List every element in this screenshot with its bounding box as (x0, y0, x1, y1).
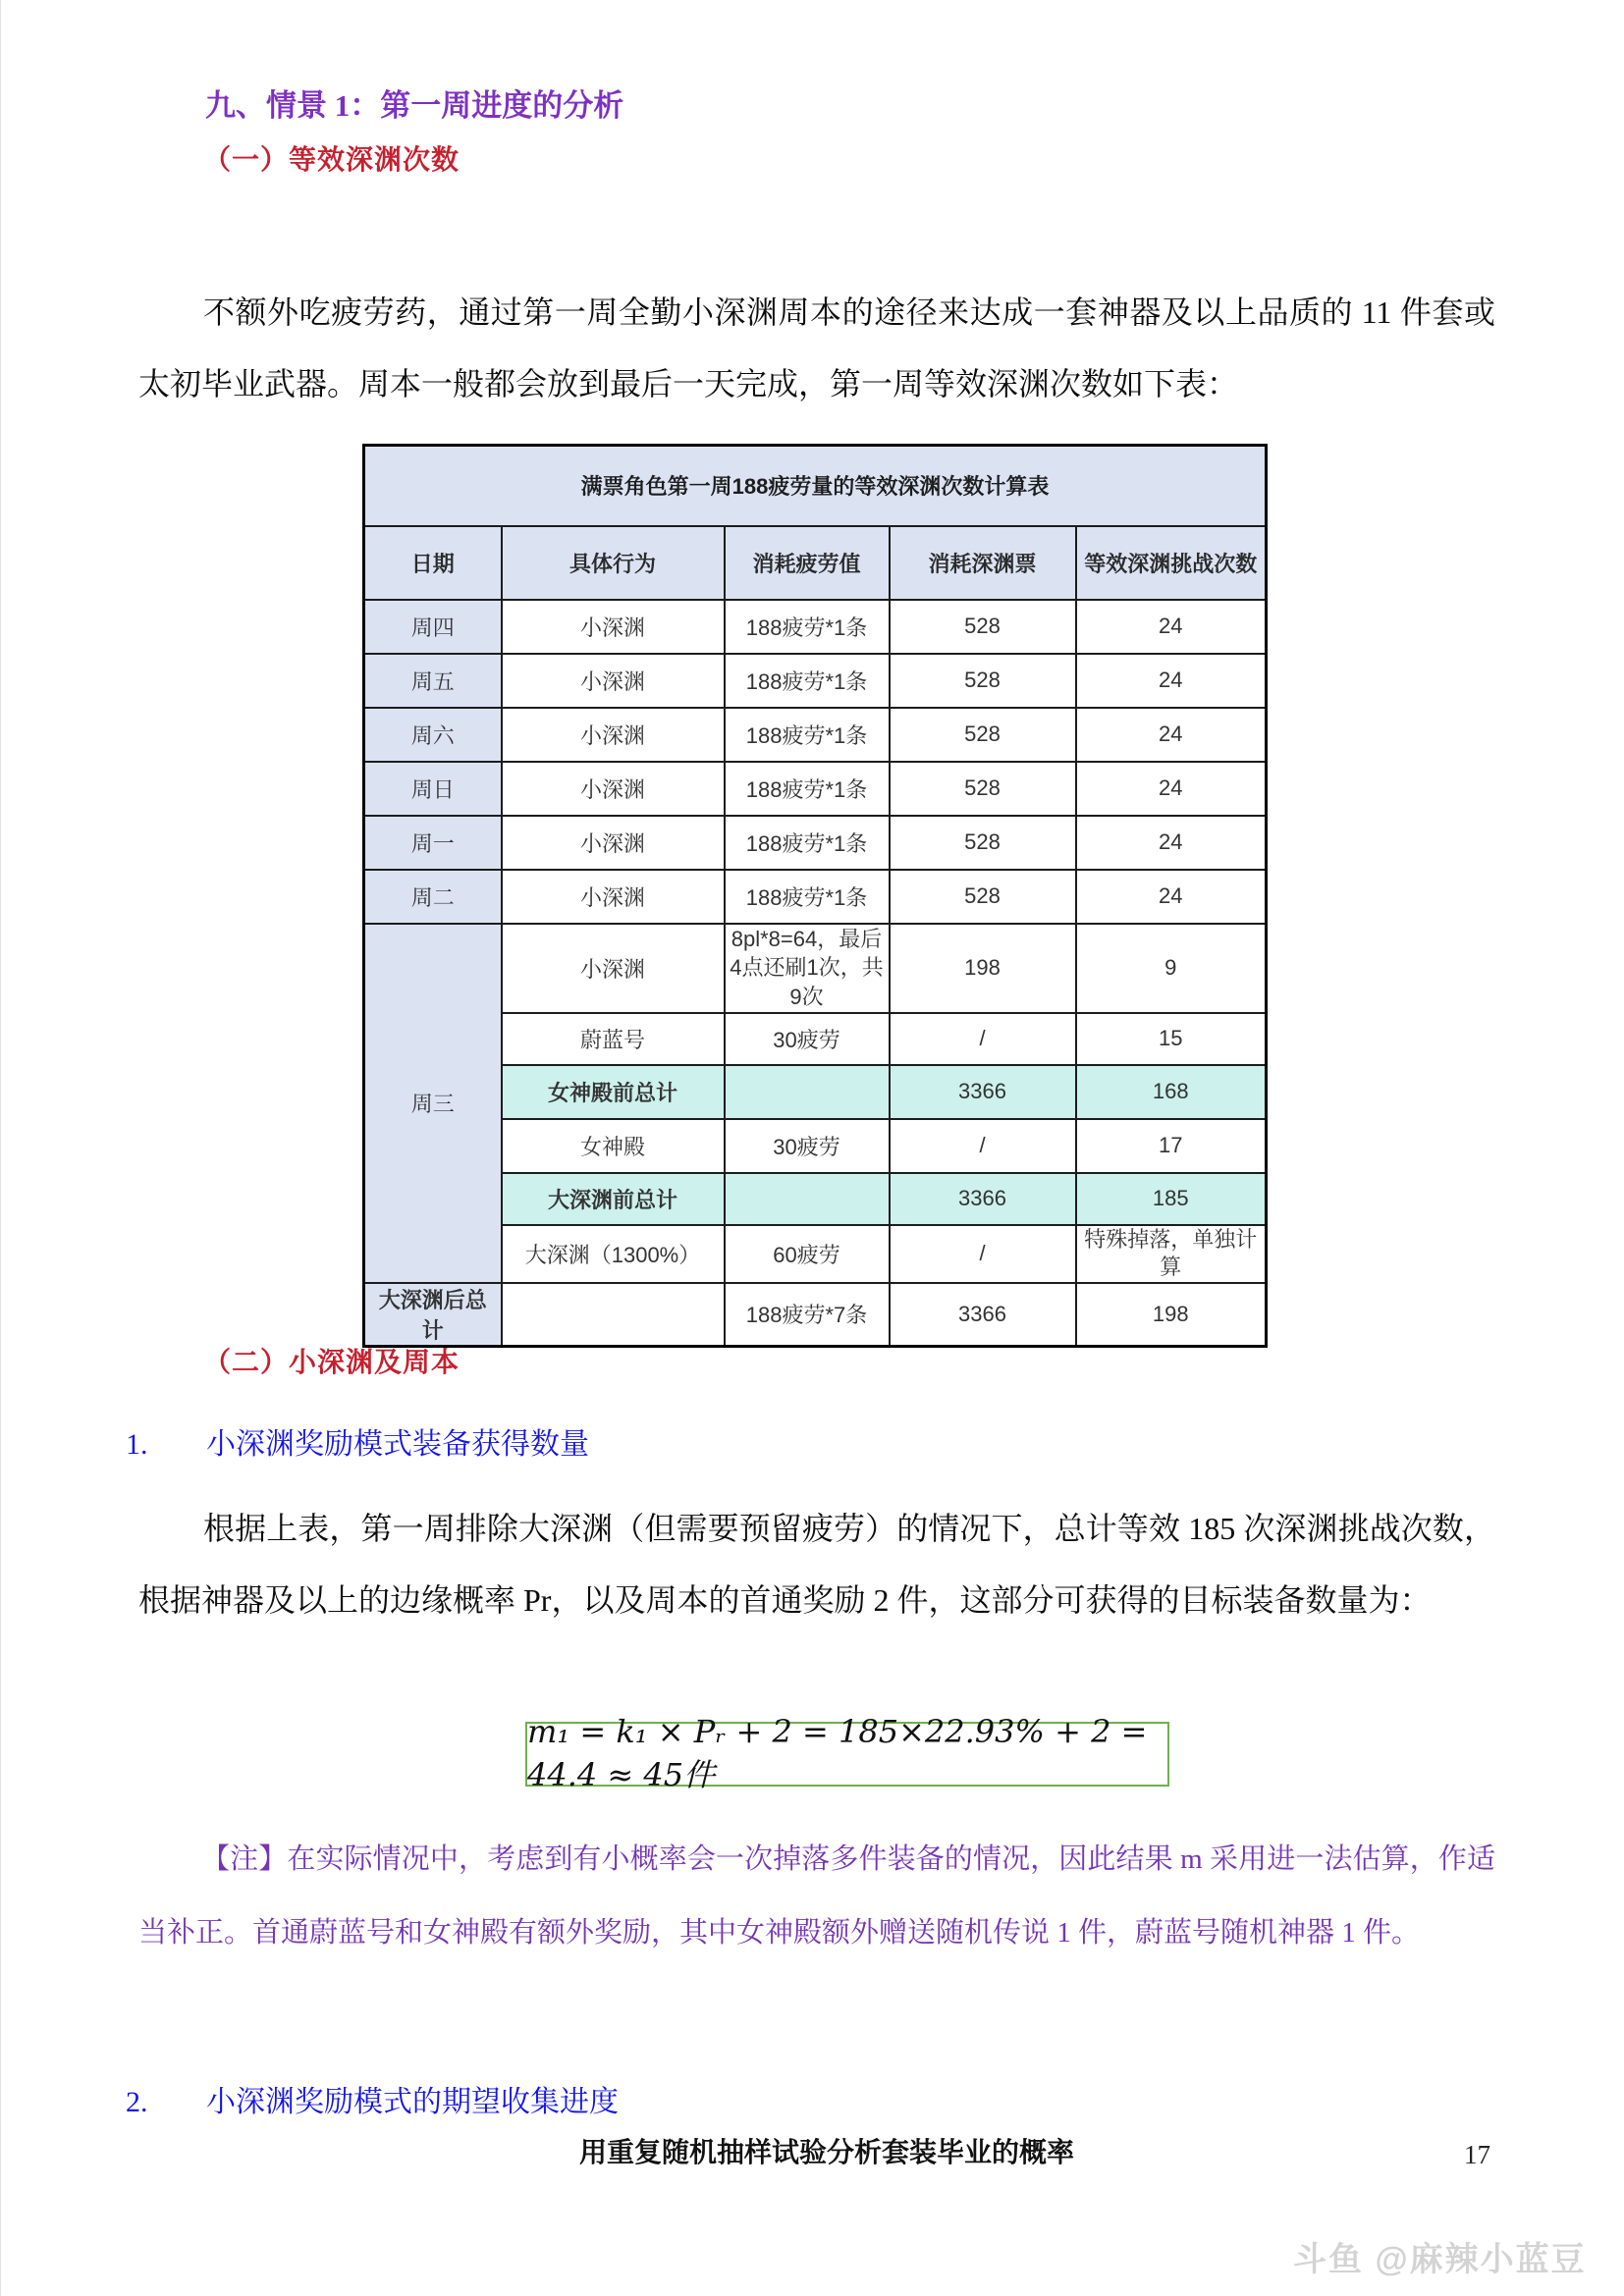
cell-runs: 198 (1076, 1283, 1267, 1347)
subsection-heading-1: （一）等效深渊次数 (203, 138, 460, 178)
table-row: 周二 小深渊 188疲劳*1条 528 24 (364, 870, 1267, 924)
cell-tickets: 3366 (890, 1065, 1076, 1119)
table-row: 周六 小深渊 188疲劳*1条 528 24 (364, 708, 1267, 762)
formula-box: m₁ = k₁ × Pᵣ + 2 = 185×22.93% + 2 = 44.4… (525, 1722, 1169, 1787)
section-heading: 九、情景 1：第一周进度的分析 (205, 80, 623, 125)
cell-fatigue: 30疲劳 (725, 1013, 890, 1065)
cell-runs: 17 (1076, 1119, 1267, 1173)
watermark: 斗鱼 @麻辣小蓝豆 (1293, 2232, 1587, 2280)
cell-tickets: 528 (890, 762, 1076, 816)
cell-action: 小深渊 (502, 654, 725, 708)
col-header-tickets: 消耗深渊票 (890, 526, 1076, 600)
cell-fatigue: 188疲劳*7条 (725, 1283, 890, 1347)
intro-paragraph: 不额外吃疲劳药，通过第一周全勤小深渊周本的途径来达成一套神器及以上品质的 11 … (138, 277, 1495, 420)
cell-action: 大深渊前总计 (502, 1173, 725, 1225)
cell-fatigue: 60疲劳 (725, 1225, 890, 1283)
cell-tickets: / (890, 1225, 1076, 1283)
cell-tickets: 528 (890, 870, 1076, 924)
cell-runs: 9 (1076, 924, 1267, 1013)
cell-fatigue: 188疲劳*1条 (725, 600, 890, 654)
cell-fatigue: 188疲劳*1条 (725, 870, 890, 924)
equivalent-abyss-runs-table: 满票角色第一周188疲劳量的等效深渊次数计算表 日期 具体行为 消耗疲劳值 消耗… (362, 444, 1268, 1348)
col-header-action: 具体行为 (502, 526, 725, 600)
cell-runs: 特殊掉落，单独计算 (1076, 1225, 1267, 1283)
table-total-row: 大深渊后总计 188疲劳*7条 3366 198 (364, 1283, 1267, 1347)
item-title: 小深渊奖励模式的期望收集进度 (206, 2086, 619, 2118)
cell-action: 女神殿前总计 (502, 1065, 725, 1119)
col-header-date: 日期 (364, 526, 502, 600)
cell-tickets: / (890, 1013, 1076, 1065)
cell-day: 周一 (364, 816, 502, 870)
cell-fatigue: 30疲劳 (725, 1119, 890, 1173)
cell-runs: 185 (1076, 1173, 1267, 1225)
table-row: 周日 小深渊 188疲劳*1条 528 24 (364, 762, 1267, 816)
cell-day-wednesday: 周三 (364, 924, 502, 1283)
cell-action: 蔚蓝号 (502, 1013, 725, 1065)
table-row: 周一 小深渊 188疲劳*1条 528 24 (364, 816, 1267, 870)
document-page: 九、情景 1：第一周进度的分析 （一）等效深渊次数 不额外吃疲劳药，通过第一周全… (0, 0, 1624, 2296)
cell-action: 小深渊 (502, 708, 725, 762)
cell-day: 周二 (364, 870, 502, 924)
cell-tickets: 198 (890, 924, 1076, 1013)
cell-tickets: / (890, 1119, 1076, 1173)
table-header-row: 日期 具体行为 消耗疲劳值 消耗深渊票 等效深渊挑战次数 (364, 526, 1267, 600)
col-header-fatigue: 消耗疲劳值 (725, 526, 890, 600)
item-number: 2. (126, 2086, 206, 2119)
cell-fatigue: 188疲劳*1条 (725, 816, 890, 870)
cell-action: 小深渊 (502, 870, 725, 924)
cell-fatigue: 188疲劳*1条 (725, 762, 890, 816)
numbered-item-1: 1.小深渊奖励模式装备获得数量 (126, 1419, 589, 1463)
cell-runs: 24 (1076, 708, 1267, 762)
col-header-runs: 等效深渊挑战次数 (1076, 526, 1267, 600)
cell-runs: 15 (1076, 1013, 1267, 1065)
cell-tickets: 3366 (890, 1283, 1076, 1347)
cell-action: 大深渊（1300%） (502, 1225, 725, 1283)
cell-runs: 24 (1076, 654, 1267, 708)
cell-tickets: 3366 (890, 1173, 1076, 1225)
cell-day: 周四 (364, 600, 502, 654)
cell-day: 周六 (364, 708, 502, 762)
numbered-item-2: 2.小深渊奖励模式的期望收集进度 (126, 2077, 619, 2120)
cell-runs: 24 (1076, 870, 1267, 924)
cell-action: 小深渊 (502, 600, 725, 654)
cell-tickets: 528 (890, 654, 1076, 708)
cell-runs: 24 (1076, 816, 1267, 870)
table-title-row: 满票角色第一周188疲劳量的等效深渊次数计算表 (364, 446, 1267, 526)
cell-tickets: 528 (890, 708, 1076, 762)
table-row: 周三 小深渊 8pl*8=64，最后4点还刷1次，共9次 198 9 (364, 924, 1267, 1013)
fatigue-table-wrap: 满票角色第一周188疲劳量的等效深渊次数计算表 日期 具体行为 消耗疲劳值 消耗… (362, 444, 1268, 1348)
cell-fatigue (725, 1065, 890, 1119)
cell-tickets: 528 (890, 816, 1076, 870)
cell-action: 小深渊 (502, 762, 725, 816)
cell-tickets: 528 (890, 600, 1076, 654)
cell-day: 大深渊后总计 (364, 1283, 502, 1347)
analysis-paragraph: 根据上表，第一周排除大深渊（但需要预留疲劳）的情况下，总计等效 185 次深渊挑… (138, 1493, 1495, 1636)
page-number: 17 (1464, 2140, 1490, 2170)
cell-runs: 168 (1076, 1065, 1267, 1119)
cell-runs: 24 (1076, 600, 1267, 654)
cell-fatigue: 8pl*8=64，最后4点还刷1次，共9次 (725, 924, 890, 1013)
item-title: 小深渊奖励模式装备获得数量 (206, 1428, 589, 1461)
cell-fatigue: 188疲劳*1条 (725, 708, 890, 762)
cell-fatigue: 188疲劳*1条 (725, 654, 890, 708)
item-number: 1. (126, 1428, 206, 1462)
table-row: 周四 小深渊 188疲劳*1条 528 24 (364, 600, 1267, 654)
cell-action (502, 1283, 725, 1347)
cell-action: 小深渊 (502, 924, 725, 1013)
cell-day: 周五 (364, 654, 502, 708)
cell-day: 周日 (364, 762, 502, 816)
subsection-heading-2: （二）小深渊及周本 (203, 1341, 460, 1380)
table-row: 周五 小深渊 188疲劳*1条 528 24 (364, 654, 1267, 708)
table-title: 满票角色第一周188疲劳量的等效深渊次数计算表 (364, 446, 1267, 526)
cell-action: 女神殿 (502, 1119, 725, 1173)
cell-runs: 24 (1076, 762, 1267, 816)
note-paragraph: 【注】在实际情况中，考虑到有小概率会一次掉落多件装备的情况，因此结果 m 采用进… (138, 1823, 1495, 1970)
cell-fatigue (725, 1173, 890, 1225)
running-footer-title: 用重复随机抽样试验分析套装毕业的概率 (1, 2131, 1624, 2170)
cell-action: 小深渊 (502, 816, 725, 870)
